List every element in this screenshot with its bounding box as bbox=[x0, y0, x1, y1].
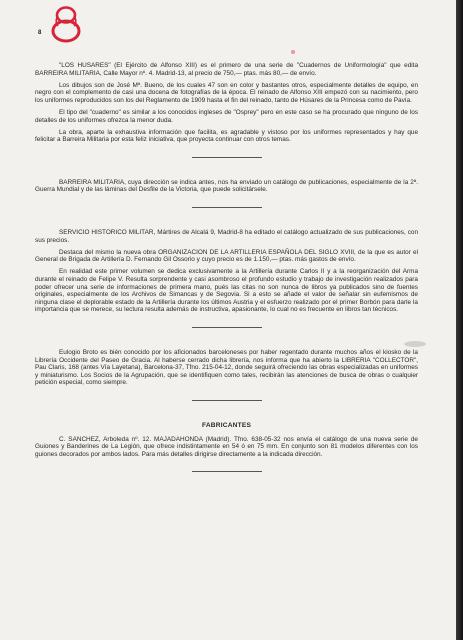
article-barreira-catalogo: BARREIRA MILITARIA, cuya dirección se in… bbox=[35, 179, 418, 194]
paragraph: SERVICIO HISTORICO MILITAR, Mártires de … bbox=[35, 229, 418, 244]
separator-rule bbox=[192, 207, 262, 208]
paragraph: Los dibujos son de José Mª. Bueno, de lo… bbox=[35, 82, 418, 105]
section-title: FABRICANTES bbox=[35, 422, 418, 430]
ink-mark bbox=[291, 50, 295, 54]
paragraph: "LOS HUSARES" (El Ejército de Alfonso XI… bbox=[35, 62, 418, 77]
separator-rule bbox=[192, 471, 262, 472]
page-content: "LOS HUSARES" (El Ejército de Alfonso XI… bbox=[35, 62, 418, 493]
paper-stain bbox=[404, 341, 426, 347]
separator-rule bbox=[192, 157, 262, 158]
article-libreria-collector: Eulogio Broto es bién conocido por los a… bbox=[35, 349, 418, 387]
paragraph: Destaca del mismo la nueva obra ORGANIZA… bbox=[35, 249, 418, 264]
scan-edge-shadow bbox=[456, 0, 463, 640]
separator-rule bbox=[192, 327, 262, 328]
paragraph: El tipo del "cuaderno" es similar a los … bbox=[35, 109, 418, 124]
article-los-husares: "LOS HUSARES" (El Ejército de Alfonso XI… bbox=[35, 62, 418, 144]
page-number: 8 bbox=[38, 30, 41, 36]
decorative-eight-numeral-icon bbox=[51, 5, 81, 43]
section-fabricantes: FABRICANTES C. SANCHEZ, Arboleda nº. 12.… bbox=[35, 422, 418, 458]
article-servicio-historico-militar: SERVICIO HISTORICO MILITAR, Mártires de … bbox=[35, 229, 418, 314]
paragraph: La obra, aparte la exhaustiva informació… bbox=[35, 129, 418, 144]
separator-rule bbox=[192, 400, 262, 401]
paragraph: BARREIRA MILITARIA, cuya dirección se in… bbox=[35, 179, 418, 194]
paragraph: En realidad este primer volumen se dedic… bbox=[35, 268, 418, 314]
scanned-page: 8 "LOS HUSARES" (El Ejército de Alfonso … bbox=[0, 0, 456, 640]
paragraph: Eulogio Broto es bién conocido por los a… bbox=[35, 349, 418, 387]
paragraph: C. SANCHEZ, Arboleda nº. 12. MAJADAHONDA… bbox=[35, 436, 418, 459]
